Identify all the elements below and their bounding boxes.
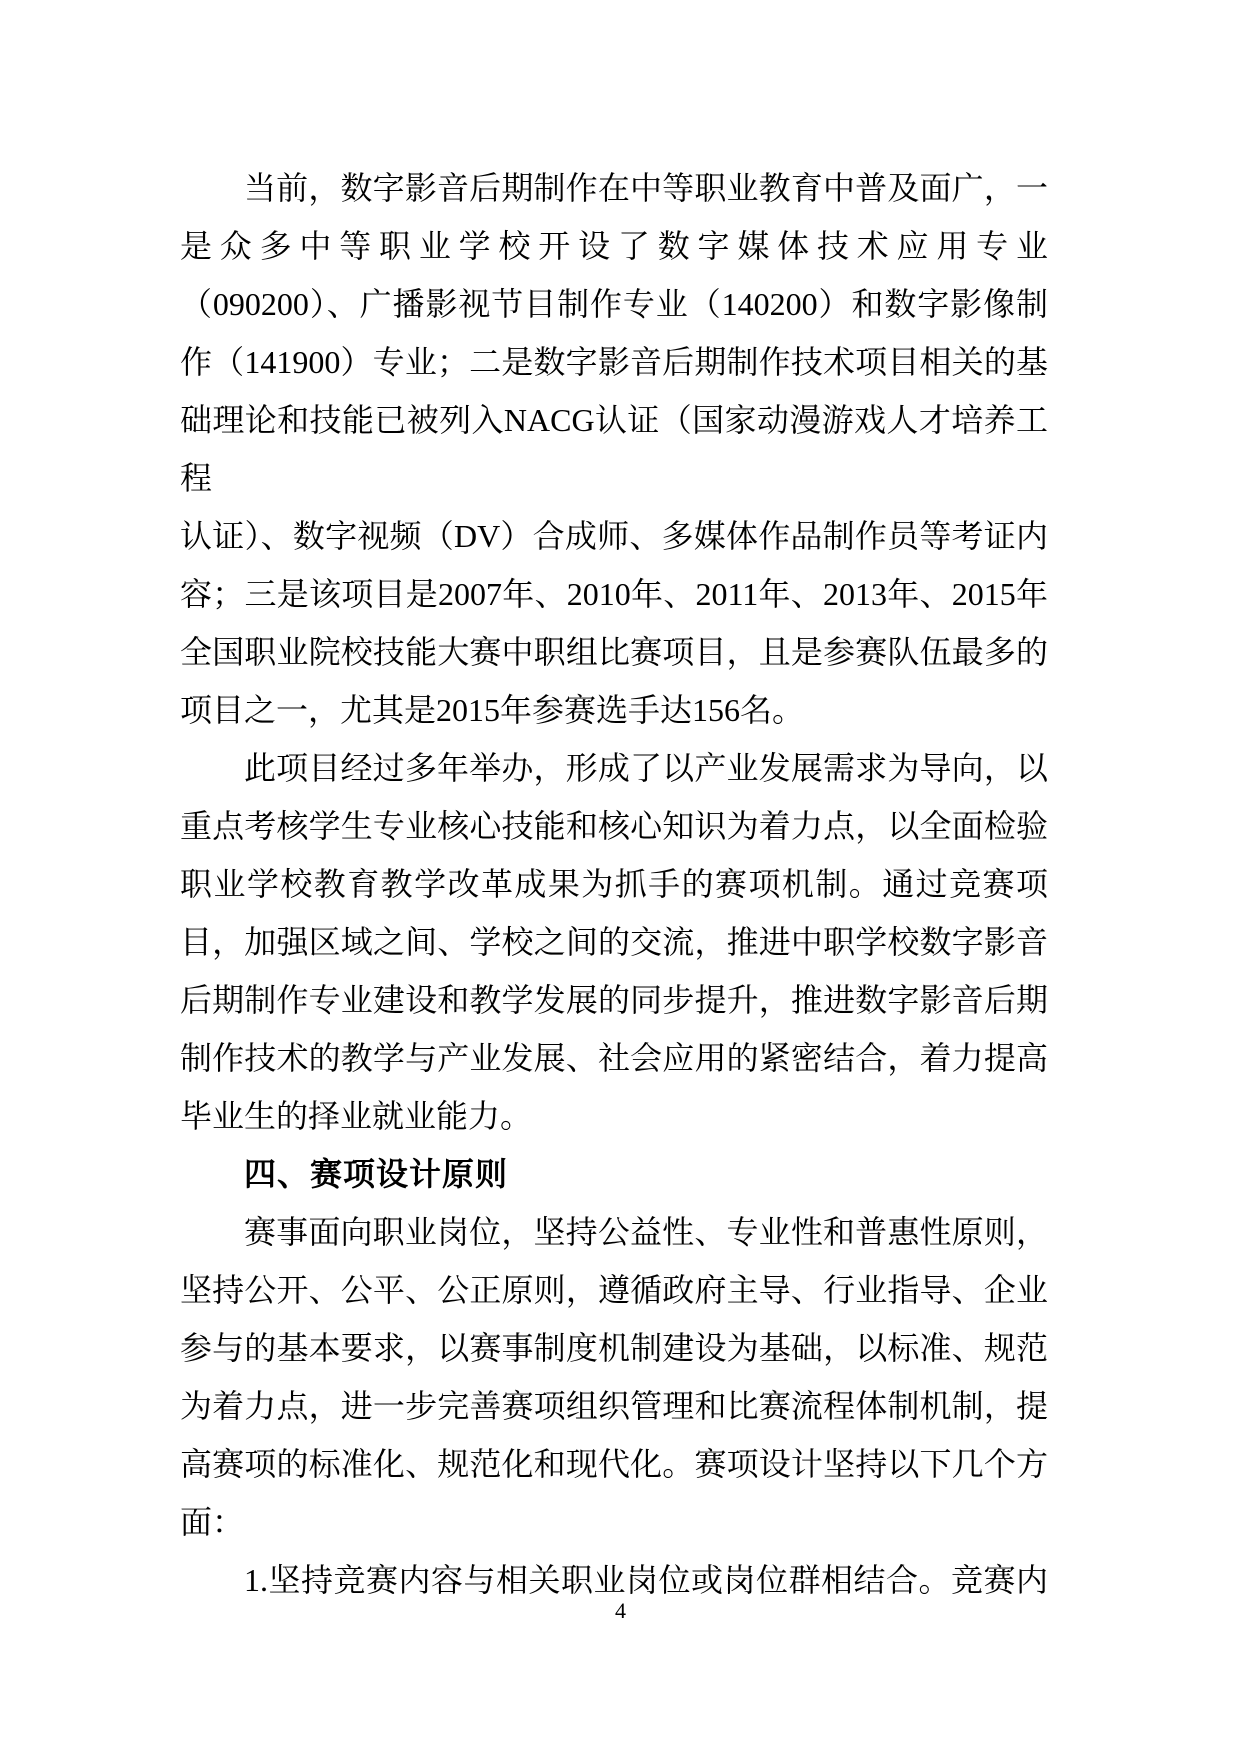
text-line: 是众多中等职业学校开设了数字媒体技术应用专业 bbox=[180, 217, 1048, 275]
text-line: 项目之一，尤其是2015年参赛选手达156名。 bbox=[180, 681, 1048, 739]
text-line: 作（141900）专业；二是数字影音后期制作技术项目相关的基 bbox=[180, 333, 1048, 391]
page-number: 4 bbox=[615, 1598, 626, 1623]
text-line: 制作技术的教学与产业发展、社会应用的紧密结合，着力提高 bbox=[180, 1029, 1048, 1087]
text-line: 四、赛项设计原则 bbox=[180, 1145, 1048, 1203]
text-line: 认证）、数字视频（DV）合成师、多媒体作品制作员等考证内 bbox=[180, 507, 1048, 565]
text-line: 重点考核学生专业核心技能和核心知识为着力点，以全面检验 bbox=[180, 797, 1048, 855]
text-line: 全国职业院校技能大赛中职组比赛项目，且是参赛队伍最多的 bbox=[180, 623, 1048, 681]
text-line: 容；三是该项目是2007年、2010年、2011年、2013年、2015年 bbox=[180, 565, 1048, 623]
text-line: 毕业生的择业就业能力。 bbox=[180, 1087, 1048, 1145]
text-line: 职业学校教育教学改革成果为抓手的赛项机制。通过竞赛项 bbox=[180, 855, 1048, 913]
text-line: 此项目经过多年举办，形成了以产业发展需求为导向，以 bbox=[180, 739, 1048, 797]
text-line: 后期制作专业建设和教学发展的同步提升，推进数字影音后期 bbox=[180, 971, 1048, 1029]
text-line: 目，加强区域之间、学校之间的交流，推进中职学校数字影音 bbox=[180, 913, 1048, 971]
paragraph: 当前，数字影音后期制作在中等职业教育中普及面广，一是众多中等职业学校开设了数字媒… bbox=[180, 159, 1048, 739]
text-line: 高赛项的标准化、规范化和现代化。赛项设计坚持以下几个方 bbox=[180, 1435, 1048, 1493]
text-line: （090200）、广播影视节目制作专业（140200）和数字影像制 bbox=[180, 275, 1048, 333]
paragraph: 赛事面向职业岗位，坚持公益性、专业性和普惠性原则，坚持公开、公平、公正原则，遵循… bbox=[180, 1203, 1048, 1551]
section-heading: 四、赛项设计原则 bbox=[180, 1145, 1048, 1203]
text-line: 础理论和技能已被列入NACG认证（国家动漫游戏人才培养工程 bbox=[180, 391, 1048, 507]
text-line: 为着力点，进一步完善赛项组织管理和比赛流程体制机制，提 bbox=[180, 1377, 1048, 1435]
text-line: 参与的基本要求，以赛事制度机制建设为基础，以标准、规范 bbox=[180, 1319, 1048, 1377]
text-line: 当前，数字影音后期制作在中等职业教育中普及面广，一 bbox=[180, 159, 1048, 217]
text-line: 坚持公开、公平、公正原则，遵循政府主导、行业指导、企业 bbox=[180, 1261, 1048, 1319]
text-line: 面： bbox=[180, 1493, 1048, 1551]
document-page: 当前，数字影音后期制作在中等职业教育中普及面广，一是众多中等职业学校开设了数字媒… bbox=[0, 0, 1241, 1754]
text-line: 赛事面向职业岗位，坚持公益性、专业性和普惠性原则， bbox=[180, 1203, 1048, 1261]
document-body: 当前，数字影音后期制作在中等职业教育中普及面广，一是众多中等职业学校开设了数字媒… bbox=[180, 159, 1048, 1609]
page-footer: 4 bbox=[0, 1598, 1241, 1624]
paragraph: 此项目经过多年举办，形成了以产业发展需求为导向，以重点考核学生专业核心技能和核心… bbox=[180, 739, 1048, 1145]
